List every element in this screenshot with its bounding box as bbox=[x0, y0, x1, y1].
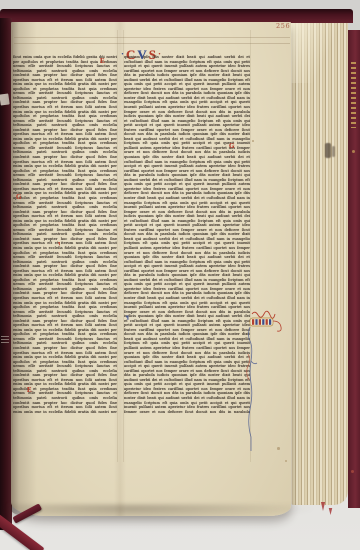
manuscript-page: ·CVS· 256 ſicut enim omīa que in eccleſi… bbox=[11, 22, 291, 516]
margin-nota-ornament bbox=[244, 306, 290, 466]
illuminated-initial: E bbox=[100, 58, 105, 65]
ruling-line bbox=[14, 37, 290, 38]
ruling-line bbox=[117, 30, 118, 462]
illuminated-initial: E bbox=[27, 387, 32, 394]
bookmark-tassel bbox=[328, 508, 333, 515]
gold-tooling-dot bbox=[352, 150, 355, 153]
fore-edge-ink-smudge bbox=[332, 146, 335, 157]
fore-edge-corner-highlight bbox=[290, 23, 348, 83]
text-column-left: ſicut enim omīa que in eccleſia fideliū … bbox=[13, 55, 117, 413]
left-edge-paper-tab bbox=[0, 93, 10, 105]
illuminated-initial: G bbox=[16, 194, 21, 201]
page-bottom-shadow bbox=[8, 504, 318, 520]
text-column-right: quoniam ipſe dñs noster dixit beati qui … bbox=[124, 55, 250, 413]
illuminated-initial: G bbox=[229, 143, 234, 150]
fore-edge-ink-smudge bbox=[325, 143, 331, 158]
pen-flourish-red-accent bbox=[247, 354, 250, 380]
page-fore-edge-stack bbox=[290, 23, 348, 505]
pen-flourish-descender bbox=[249, 327, 258, 451]
illuminated-initial: ¶ bbox=[58, 242, 60, 246]
book-cover-top-edge bbox=[0, 9, 353, 23]
margin-red-script bbox=[252, 311, 275, 318]
folio-number: 256 bbox=[276, 22, 306, 30]
ruling-line bbox=[14, 43, 290, 44]
nota-red-tail bbox=[273, 321, 281, 331]
foxing-spot bbox=[252, 140, 254, 142]
manuscript-photo: ·CVS· 256 ſicut enim omīa que in eccleſi… bbox=[0, 0, 360, 550]
gold-tooling-pattern bbox=[351, 62, 356, 128]
cover-ornament-dot bbox=[351, 470, 354, 473]
book-cover-right-board bbox=[348, 30, 360, 508]
illuminated-initial: ¶ bbox=[126, 316, 129, 321]
left-edge-pencil-marks bbox=[1, 336, 9, 345]
